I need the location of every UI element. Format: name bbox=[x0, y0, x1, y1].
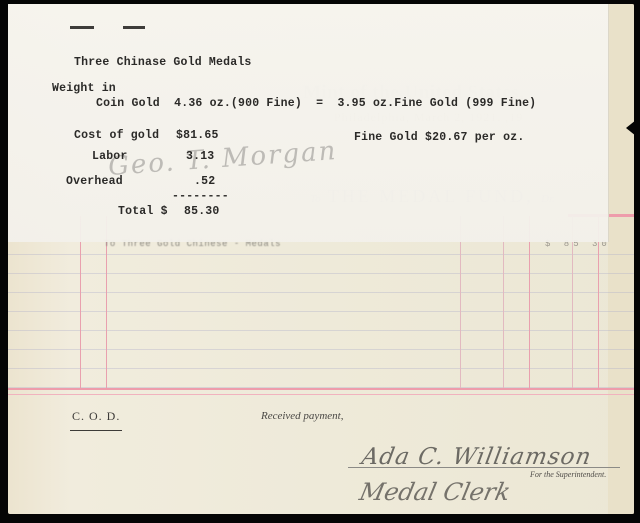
signature-line bbox=[348, 467, 620, 468]
ruled-lines bbox=[8, 236, 634, 388]
coin-gold-line: Coin Gold 4.36 oz.(900 Fine) = 3.95 oz.F… bbox=[96, 97, 536, 110]
fine-gold-rate: Fine Gold $20.67 per oz. bbox=[354, 131, 524, 144]
labor-value: 3.13 bbox=[186, 150, 214, 163]
overhead-label: Overhead bbox=[66, 175, 123, 188]
weight-label: Weight in bbox=[52, 82, 116, 95]
dash-mark bbox=[123, 26, 145, 29]
paper-notch bbox=[626, 120, 636, 136]
sum-separator: -------- bbox=[172, 190, 229, 203]
typed-memo-slip: Geo. T. Morgan Three Chinase Gold Medals… bbox=[8, 4, 609, 242]
labor-label: Labor bbox=[92, 150, 128, 163]
memo-title: Three Chinase Gold Medals bbox=[74, 56, 252, 69]
dash-mark bbox=[70, 26, 94, 29]
cod-label: C. O. D. bbox=[72, 409, 120, 424]
cost-of-gold-value: $81.65 bbox=[176, 129, 219, 142]
cod-underline bbox=[70, 430, 122, 431]
medal-clerk-signature: Medal Clerk bbox=[357, 478, 513, 506]
overhead-value: .52 bbox=[194, 175, 215, 188]
pencil-signature: Geo. T. Morgan bbox=[107, 136, 338, 182]
for-superintendent-label: For the Superintendent. bbox=[530, 470, 606, 479]
total-label: Total $ bbox=[118, 205, 168, 218]
received-payment-label: Received payment, bbox=[261, 410, 343, 422]
cost-of-gold-label: Cost of gold bbox=[74, 129, 159, 142]
ruled-double-line bbox=[8, 388, 634, 395]
total-value: 85.30 bbox=[184, 205, 220, 218]
